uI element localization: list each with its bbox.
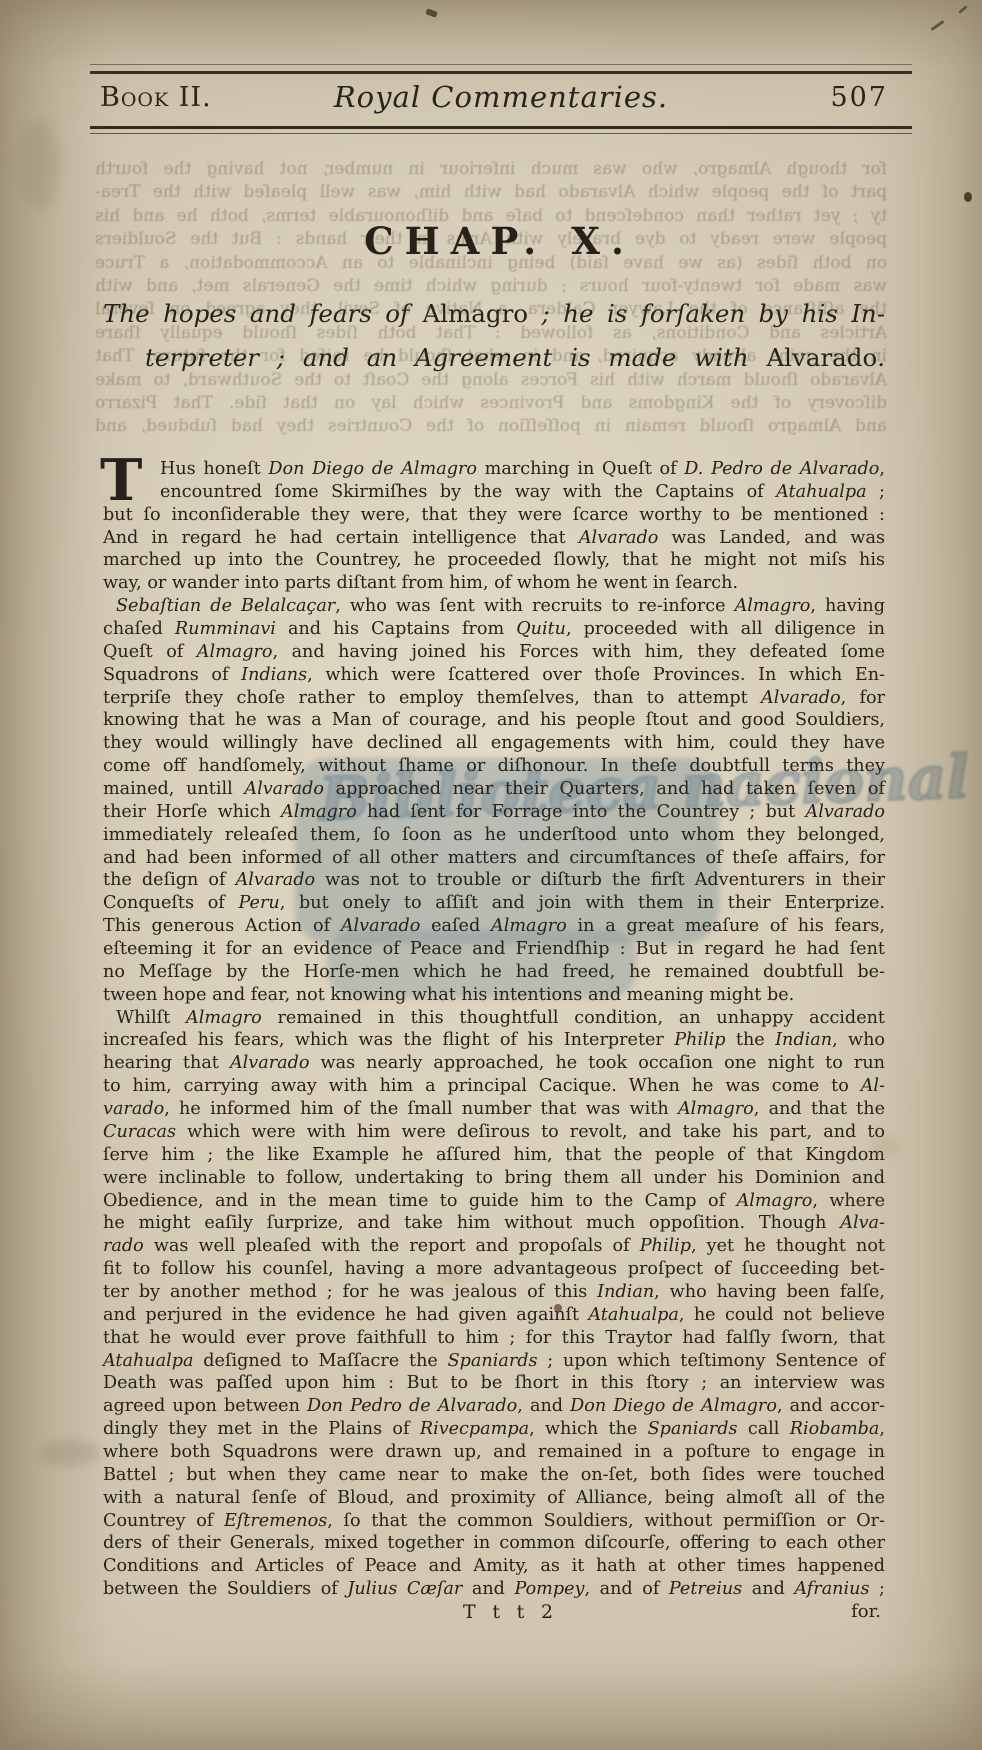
ghost-line: part of the people which Alvarado had wi… (95, 181, 887, 204)
body-line: Battel ; but when they came near to make… (103, 1464, 885, 1487)
body-line: where both Squadrons were drawn up, and … (103, 1441, 885, 1464)
ink-mark (425, 8, 437, 17)
smudge (20, 120, 60, 210)
body-line: chaſed Rumminavi and his Captains from Q… (103, 618, 885, 641)
ghost-line: and Almagro ſhould remain in poſſeſſion … (95, 415, 887, 438)
body-line: and perjured in the evidence he had give… (103, 1304, 885, 1327)
drop-cap: T (100, 456, 142, 506)
chapter-heading: CHAP. X. (103, 219, 885, 263)
body-line: Obedience, and in the mean time to guide… (103, 1190, 885, 1213)
page-number: 507 (830, 82, 888, 113)
body-line: he might eaſily ſurprize, and take him w… (103, 1212, 885, 1235)
smudge (40, 1440, 100, 1466)
running-header: Book II. Royal Commentaries. 507 (92, 80, 910, 122)
body-line: rado was well pleaſed with the report an… (103, 1235, 885, 1258)
paragraph: Whilſt Almagro remained in this thoughtf… (103, 1007, 885, 1601)
body-line: come off handſomely, without ſhame or di… (103, 755, 885, 778)
body-line: increaſed his fears, which was the fligh… (103, 1029, 885, 1052)
body-text: THus honeſt Don Diego de Almagro marchin… (103, 458, 885, 1601)
body-line: Countrey of Eſtremenos, ſo that the comm… (103, 1510, 885, 1533)
argument-line: The hopes and fears of Almagro ; he is f… (103, 292, 885, 336)
body-line: fit to follow his counſel, having a more… (103, 1258, 885, 1281)
header-rule-bottom (90, 126, 912, 129)
ink-mark (930, 20, 944, 31)
body-line: Whilſt Almagro remained in this thoughtf… (103, 1007, 885, 1030)
body-line: with a natural ſenſe of Bloud, and proxi… (103, 1487, 885, 1510)
body-line: to him, carrying away with him a princip… (103, 1075, 885, 1098)
argument-line: terpreter ; and an Agreement is made wit… (103, 336, 885, 380)
body-line: ter by another method ; for he was jealo… (103, 1281, 885, 1304)
ink-mark (958, 5, 968, 14)
ghost-line: for though Almagro, who was much inferio… (95, 158, 887, 181)
body-line: but ſo inconſiderable they were, that th… (103, 504, 885, 527)
header-rule-bottom-thin (90, 133, 912, 134)
body-line: Conqueſts of Peru, but onely to aſſiſt a… (103, 892, 885, 915)
body-line: the deſign of Alvarado was not to troubl… (103, 869, 885, 892)
body-line: Atahualpa deſigned to Maſſacre the Spani… (103, 1350, 885, 1373)
body-line: ders of their Generals, mixed together i… (103, 1532, 885, 1555)
body-line: Conditions and Articles of Peace and Ami… (103, 1555, 885, 1578)
body-line: dingly they met in the Plains of Rivecpa… (103, 1418, 885, 1441)
body-line: varado, he informed him of the ſmall num… (103, 1098, 885, 1121)
body-line: immediately releaſed them, ſo ſoon as he… (103, 824, 885, 847)
body-line: they would willingly have declined all e… (103, 732, 885, 755)
footer-line: T t t 2 for. (103, 1601, 885, 1627)
book-page-scan: for though Almagro, who was much inferio… (0, 0, 982, 1750)
body-line: that he would ever prove faithfull to hi… (103, 1327, 885, 1350)
running-title: Royal Commentaries. (334, 80, 668, 114)
chapter-argument: The hopes and fears of Almagro ; he is f… (103, 292, 885, 380)
book-label: Book II. (100, 82, 212, 113)
header-rule-top-thin (90, 64, 912, 65)
body-line: their Horſe which Almagro had ſent for F… (103, 801, 885, 824)
body-line: hearing that Alvarado was nearly approac… (103, 1052, 885, 1075)
body-line: and had been informed of all other matte… (103, 847, 885, 870)
body-line: eſteeming it for an evidence of Peace an… (103, 938, 885, 961)
body-line: Queſt of Almagro, and having joined his … (103, 641, 885, 664)
header-rule-top (90, 71, 912, 74)
ink-spot (964, 192, 972, 202)
body-line: encountred ſome Skirmiſhes by the way wi… (103, 481, 885, 504)
ghost-line: diſcovery of the Kingdoms and Provinces … (95, 392, 887, 415)
body-line: terpriſe they choſe rather to employ the… (103, 687, 885, 710)
body-line: knowing that he was a Man of courage, an… (103, 709, 885, 732)
catchword: for. (851, 1601, 881, 1622)
body-line: Squadrons of Indians, which were ſcatter… (103, 664, 885, 687)
body-line: Sebaſtian de Belalcaçar, who was ſent wi… (103, 595, 885, 618)
body-line: agreed upon between Don Pedro de Alvarad… (103, 1395, 885, 1418)
body-line: no Meſſage by the Horſe-men which he had… (103, 961, 885, 984)
body-line: Curacas which were with him were deſirou… (103, 1121, 885, 1144)
body-line: between the Souldiers of Julius Cæſar an… (103, 1578, 885, 1601)
body-line: were inclinable to follow, undertaking t… (103, 1167, 885, 1190)
body-line: ſerve him ; the like Example he aſſured … (103, 1144, 885, 1167)
body-line: mained, untill Alvarado approached near … (103, 778, 885, 801)
body-line: And in regard he had certain intelligenc… (103, 527, 885, 550)
body-line: Hus honeſt Don Diego de Almagro marching… (103, 458, 885, 481)
signature-mark: T t t 2 (463, 1601, 558, 1623)
paragraph: THus honeſt Don Diego de Almagro marchin… (103, 458, 885, 595)
body-line: This generous Action of Alvarado eaſed A… (103, 915, 885, 938)
body-line: tween hope and fear, not knowing what hi… (103, 984, 885, 1007)
body-line: marched up into the Countrey, he proceed… (103, 549, 885, 572)
body-line: Death was paſſed upon him : But to be ſh… (103, 1372, 885, 1395)
paragraph: Sebaſtian de Belalcaçar, who was ſent wi… (103, 595, 885, 1006)
body-line: way, or wander into parts diſtant from h… (103, 572, 885, 595)
